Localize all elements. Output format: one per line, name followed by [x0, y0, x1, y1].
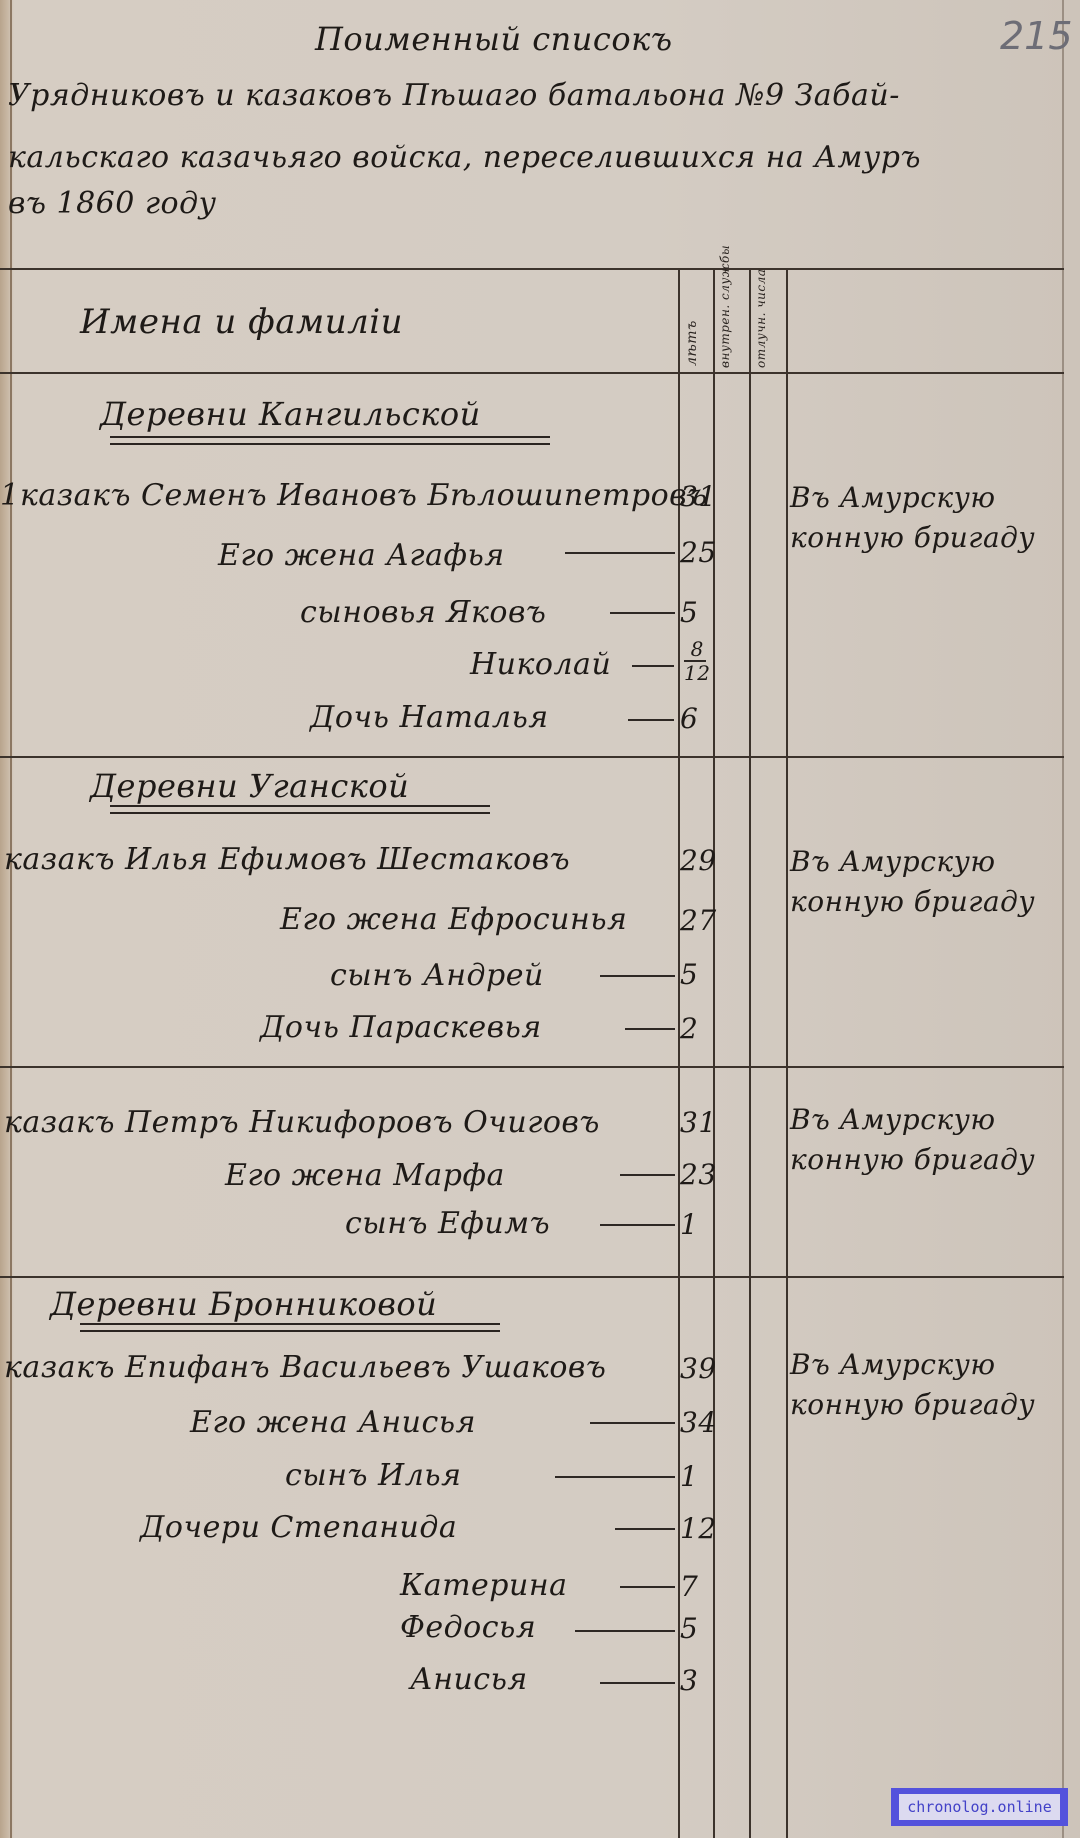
village-underline [80, 1323, 500, 1332]
entry-age: 25 [680, 536, 714, 569]
entry-name: Николай [470, 647, 611, 682]
entry-name: Анисья [410, 1662, 528, 1697]
entry-name: сыновья Яковъ [300, 595, 546, 630]
table-header-rule [0, 372, 1064, 374]
document-subtitle-line3: въ 1860 году [8, 186, 217, 221]
archival-page: 215 Поименный списокъ Урядниковъ и казак… [0, 0, 1080, 1838]
watermark-badge: chronolog.online [891, 1788, 1068, 1826]
village-underline [110, 805, 490, 814]
entry-age: 7 [680, 1570, 714, 1603]
entry-age: 5 [680, 958, 714, 991]
entry-name: Его жена Анисья [190, 1405, 476, 1440]
column-header-names: Имена и фамиліи [80, 302, 403, 342]
entry-age: 39 [680, 1352, 714, 1385]
village-heading: Деревни Уганской [90, 767, 409, 805]
entry-name: сынъ Андрей [330, 958, 544, 993]
dash-leader [590, 1422, 675, 1424]
entry-name: Дочь Параскевья [260, 1010, 542, 1045]
entry-name: Его жена Ефросинья [280, 902, 627, 937]
entry-name: казакъ Петръ Никифоровъ Очиговъ [4, 1105, 600, 1140]
dash-leader [600, 1224, 675, 1226]
document-title: Поименный списокъ [315, 20, 673, 58]
dash-leader [555, 1476, 675, 1478]
entry-age: 1 [680, 1460, 714, 1493]
page-right-border [1062, 0, 1064, 1838]
entry-name: Его жена Марфа [225, 1158, 505, 1193]
entry-age: 34 [680, 1406, 714, 1439]
dash-leader [620, 1174, 675, 1176]
column-header-absent: отлучн. числа [754, 276, 768, 368]
entry-age: 31 [680, 1106, 714, 1139]
entry-age: 31 [680, 480, 714, 513]
entry-name: сынъ Илья [285, 1458, 462, 1493]
entry-name: Его жена Агафья [218, 538, 505, 573]
entry-age: 29 [680, 844, 714, 877]
entry-age: 6 [680, 702, 714, 735]
entry-name: казакъ Илья Ефимовъ Шестаковъ [4, 842, 570, 877]
entry-name: Федосья [400, 1610, 536, 1645]
column-header-service: внутрен. службы [718, 276, 732, 368]
remark-destination: Въ Амурскую конную бригаду [790, 478, 1050, 558]
column-header-age: лѣтъ [684, 280, 700, 366]
table-top-rule [0, 268, 1064, 270]
village-heading: Деревни Кангильской [100, 395, 481, 433]
entry-name: казакъ Семенъ Ивановъ Бѣлошипетровъ [20, 478, 708, 513]
entry-age: 12 [680, 1512, 714, 1545]
entry-age: 2 [680, 1012, 714, 1045]
entry-age: 23 [680, 1158, 714, 1191]
dash-leader [625, 1028, 675, 1030]
entry-name: Дочери Степанида [140, 1510, 457, 1545]
section-divider-2 [0, 1066, 1064, 1068]
dash-leader [632, 665, 674, 667]
dash-leader [615, 1528, 675, 1530]
page-binding-edge [10, 0, 12, 1838]
entry-age-fraction: 812 [684, 640, 710, 682]
remark-destination: Въ Амурскую конную бригаду [790, 1345, 1050, 1425]
section-divider-1 [0, 756, 1064, 758]
dash-leader [600, 1682, 675, 1684]
column-rule-remarks [786, 268, 788, 1838]
entry-age: 3 [680, 1664, 714, 1697]
section-divider-3 [0, 1276, 1064, 1278]
document-subtitle-line1: Урядниковъ и казаковъ Пѣшаго батальона №… [8, 78, 900, 113]
entry-age: 5 [680, 1612, 714, 1645]
document-subtitle-line2: кальскаго казачьяго войска, переселивших… [8, 140, 921, 175]
page-number: 215 [1000, 14, 1073, 58]
village-underline [110, 436, 550, 445]
village-heading: Деревни Бронниковой [50, 1285, 437, 1323]
entry-index: 1 [0, 478, 20, 513]
entry-name: сынъ Ефимъ [345, 1206, 550, 1241]
remark-destination: Въ Амурскую конную бригаду [790, 1100, 1050, 1180]
entry-age: 5 [680, 596, 714, 629]
dash-leader [575, 1630, 675, 1632]
entry-age: 27 [680, 904, 714, 937]
column-rule-absent [749, 268, 751, 1838]
entry-name: казакъ Епифанъ Васильевъ Ушаковъ [4, 1350, 606, 1385]
dash-leader [610, 612, 675, 614]
dash-leader [620, 1586, 675, 1588]
entry-name: Катерина [400, 1568, 567, 1603]
dash-leader [565, 552, 675, 554]
remark-destination: Въ Амурскую конную бригаду [790, 842, 1050, 922]
entry-name: Дочь Наталья [310, 700, 549, 735]
watermark-text: chronolog.online [899, 1794, 1060, 1820]
dash-leader [600, 975, 675, 977]
dash-leader [628, 719, 674, 721]
entry-age: 1 [680, 1208, 714, 1241]
